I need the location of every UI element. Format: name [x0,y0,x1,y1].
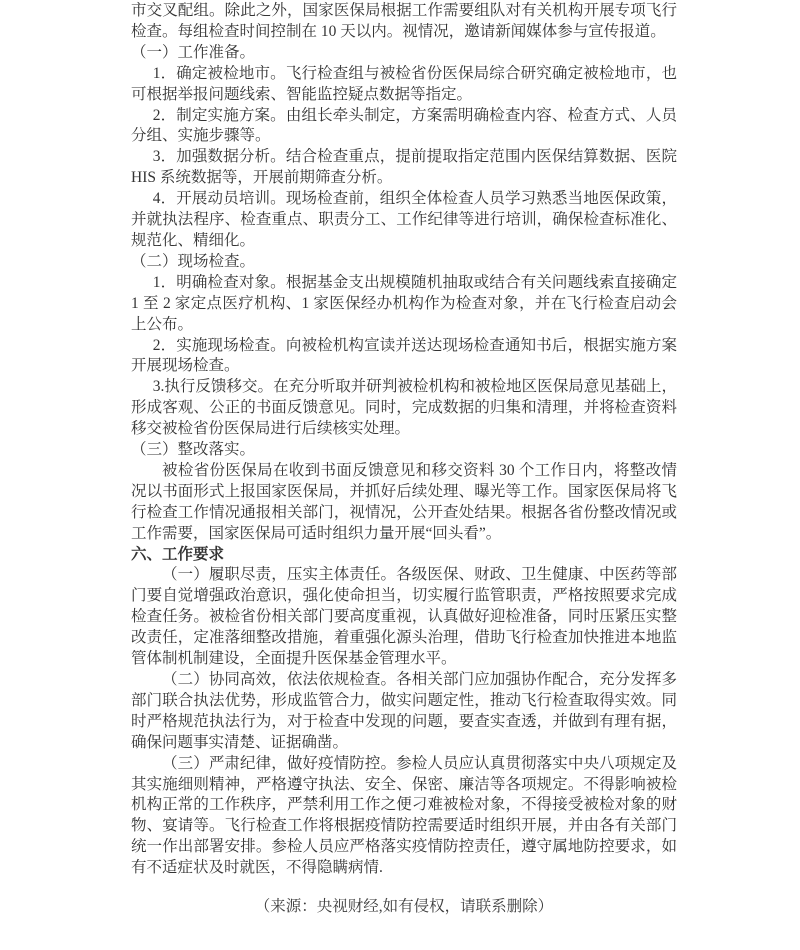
numbered-item-2-1: 1．明确检查对象。根据基金支出规模随机抽取或结合有关问题线索直接确定 1 至 2… [131,273,677,336]
numbered-item-1-1: 1．确定被检地市。飞行检查组与被检省份医保局综合研究确定被检地市，也可根据举报问… [131,64,677,106]
paragraph-continuation: 市交叉配组。除此之外，国家医保局根据工作需要组队对有关机构开展专项飞行检查。每组… [131,1,677,43]
numbered-item-1-2: 2．制定实施方案。由组长牵头制定，方案需明确检查内容、检查方式、人员分组、实施步… [131,106,677,148]
paragraph-rectification: 被检省份医保局在收到书面反馈意见和移交资料 30 个工作日内，将整改情况以书面形… [131,461,677,545]
chapter-heading-work-requirements: 六、工作要求 [131,545,677,566]
paragraph-requirement-1: （一）履职尽责，压实主体责任。各级医保、财政、卫生健康、中医药等部门要自觉增强政… [131,565,677,670]
document-body: 市交叉配组。除此之外，国家医保局根据工作需要组队对有关机构开展专项飞行检查。每组… [131,1,677,918]
subsection-heading-2: （二）现场检查。 [131,252,677,273]
document-page: 市交叉配组。除此之外，国家医保局根据工作需要组队对有关机构开展专项飞行检查。每组… [0,0,800,950]
numbered-item-2-2: 2．实施现场检查。向被检机构宣读并送达现场检查通知书后，根据实施方案开展现场检查… [131,336,677,378]
paragraph-requirement-2: （二）协同高效，依法依规检查。各相关部门应加强协作配合，充分发挥多部门联合执法优… [131,670,677,754]
numbered-item-2-3: 3.执行反馈移交。在充分听取并研判被检机构和被检地区医保局意见基础上，形成客观、… [131,377,677,440]
subsection-heading-3: （三）整改落实。 [131,440,677,461]
subsection-heading-1: （一）工作准备。 [131,43,677,64]
numbered-item-1-4: 4．开展动员培训。现场检查前，组织全体检查人员学习熟悉当地医保政策，并就执法程序… [131,189,677,252]
numbered-item-1-3: 3．加强数据分析。结合检查重点，提前提取指定范围内医保结算数据、医院 HIS 系… [131,147,677,189]
source-attribution: （来源：央视财经,如有侵权，请联系删除） [131,897,677,918]
paragraph-requirement-3: （三）严肃纪律，做好疫情防控。参检人员应认真贯彻落实中央八项规定及其实施细则精神… [131,754,677,879]
